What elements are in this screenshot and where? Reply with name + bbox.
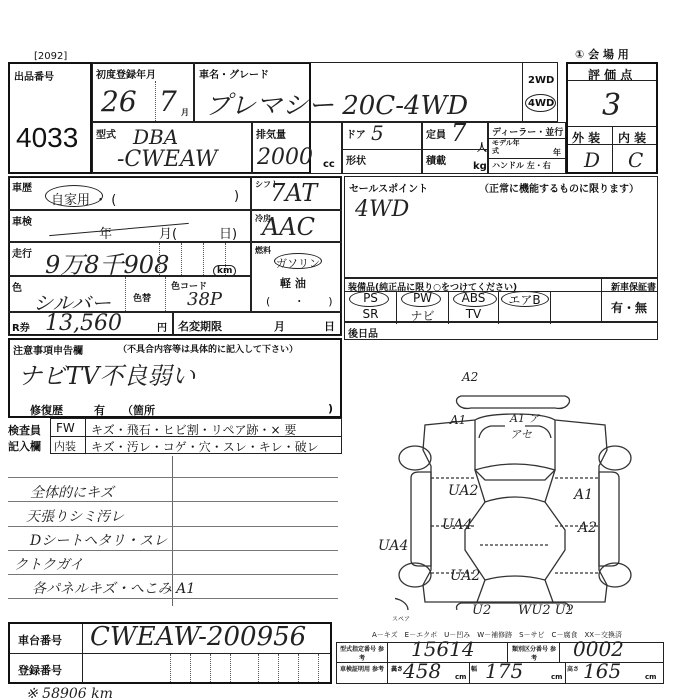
two-wd: 2WD	[528, 75, 554, 86]
recycle-cell: R券 13,560 円	[8, 312, 173, 336]
first-registration-cell: 初度登録年月 26 7 月	[92, 62, 194, 122]
four-wd-circle	[525, 94, 556, 112]
remark-line: 天張りシミ汚レ	[26, 506, 124, 526]
damage-mark: A1 アアセ	[510, 410, 550, 442]
remark-line: Dシートヘタリ・スレ	[30, 530, 167, 550]
first-registration-month: 7	[159, 85, 177, 118]
chassis-number: CWEAW-200956	[90, 622, 306, 652]
color-cell: 色 シルバー 色替 色コード 38P	[8, 276, 251, 312]
length-value: 458	[403, 659, 441, 683]
inspector-table: FW キズ・飛石・ヒビ割・リペア跡・× 要 内装 キズ・汚レ・コゲ・穴・スレ・キ…	[50, 418, 342, 454]
capacity-cell: 定員 7 人 積載 kg	[422, 122, 488, 174]
car-name-value: プレマシー 20C-4WD	[205, 85, 468, 122]
lot-label: 出品番号	[14, 68, 54, 83]
model-code-line2: -CWEAW	[117, 147, 218, 172]
inspection-cell: 車検 年 月( 日)	[8, 210, 251, 242]
history-cell: 車歴 自家用 ・ ( )	[8, 176, 251, 210]
footer-mileage-note: ※ 58906 km	[26, 686, 113, 700]
first-registration-label: 初度登録年月	[96, 66, 156, 81]
ac-cell: 冷房 AAC	[251, 210, 342, 242]
height-value: 165	[583, 659, 621, 683]
warranty-value: 有・無	[611, 299, 647, 316]
mileage-cell: 走行 9万8千908 km	[8, 242, 251, 276]
damage-mark: UA2	[450, 568, 480, 584]
mileage-value: 9万8千908	[45, 245, 169, 280]
doors-shape-cell: ドア 5 形状	[342, 122, 422, 174]
damage-mark: A1	[574, 487, 593, 503]
lot-number: 4033	[16, 122, 78, 154]
first-registration-year: 26	[101, 85, 137, 118]
sales-point-cell: セールスポイント （正常に機能するものに限ります） 4WD	[344, 176, 658, 278]
capacity-value: 7	[451, 119, 466, 147]
chassis-block: 車台番号 CWEAW-200956 登録番号	[8, 622, 332, 684]
remark-line: 全体的にキズ	[30, 482, 114, 502]
displacement-value: 2000	[257, 145, 313, 170]
score-value: 3	[602, 88, 621, 123]
recycle-value: 13,560	[45, 311, 122, 336]
car-name-cell: 車名・グレード プレマシー 20C-4WD	[194, 62, 558, 122]
damage-mark: WU2 U2	[518, 603, 574, 618]
type-designation-block: 型式指定番号 参考 15614 類別区分番号 参考 0002 車検証明用 参考 …	[336, 642, 664, 684]
class-number-value: 0002	[573, 637, 624, 661]
fuel-cell: 燃料 ガソリン 軽 油 ( ・ )	[251, 242, 342, 312]
score-block: 評 価 点 3 外 装 内 装 D C	[566, 62, 658, 174]
exterior-value: D	[584, 148, 600, 172]
dealer-cell: ディーラー・並行 モデル年式 年 ハンドル 左・右	[488, 122, 566, 174]
sheet-code: [2092]	[34, 51, 67, 62]
drive-cell: 2WD 4WD	[522, 62, 558, 122]
car-name-label: 車名・グレード	[199, 66, 269, 81]
doors-value: 5	[371, 121, 384, 145]
damage-mark: UA2	[448, 483, 478, 499]
venue-label: ① 会 場 用	[575, 46, 629, 62]
damage-mark: A2	[462, 370, 478, 384]
displacement-cell: 排気量 2000 cc	[252, 122, 342, 174]
type-designation-value: 15614	[411, 637, 475, 661]
remark-line: 各パネルキズ・へこみ A1	[32, 578, 195, 598]
model-code-line1: DBA	[133, 125, 178, 149]
interior-value: C	[628, 148, 643, 172]
model-code-cell: 型式 DBA -CWEAW	[92, 122, 252, 174]
later-items-cell: 後日品	[344, 322, 658, 340]
width-value: 175	[485, 659, 523, 683]
remark-line: クトクガイ	[14, 554, 83, 574]
damage-mark: A1	[450, 413, 466, 427]
damage-mark: UA4	[442, 517, 472, 533]
shift-cell: シフト 7AT	[251, 176, 342, 210]
damage-mark: UA4	[378, 538, 408, 554]
damage-mark: U2	[472, 603, 491, 618]
shift-value: 7AT	[270, 179, 317, 207]
lot-cell: 出品番号 4033	[8, 62, 92, 174]
equipment-cell: 装備品(純正品に限り○をつけてください) 新車保証書 有・無 PS PW ABS…	[344, 278, 658, 322]
color-code-value: 38P	[187, 289, 222, 310]
notes-cell: 注意事項申告欄 （不具合内容等は具体的に記入して下さい） ナビTV不良弱い 修復…	[8, 338, 342, 418]
notes-value: ナビTV不良弱い	[18, 356, 195, 391]
spare-label: スペア	[392, 614, 410, 623]
name-change-cell: 名変期限 月 日	[173, 312, 342, 336]
car-damage-diagram	[395, 370, 635, 610]
sales-point-value: 4WD	[355, 197, 409, 222]
ac-value: AAC	[262, 213, 315, 241]
damage-mark: A2	[578, 520, 597, 536]
